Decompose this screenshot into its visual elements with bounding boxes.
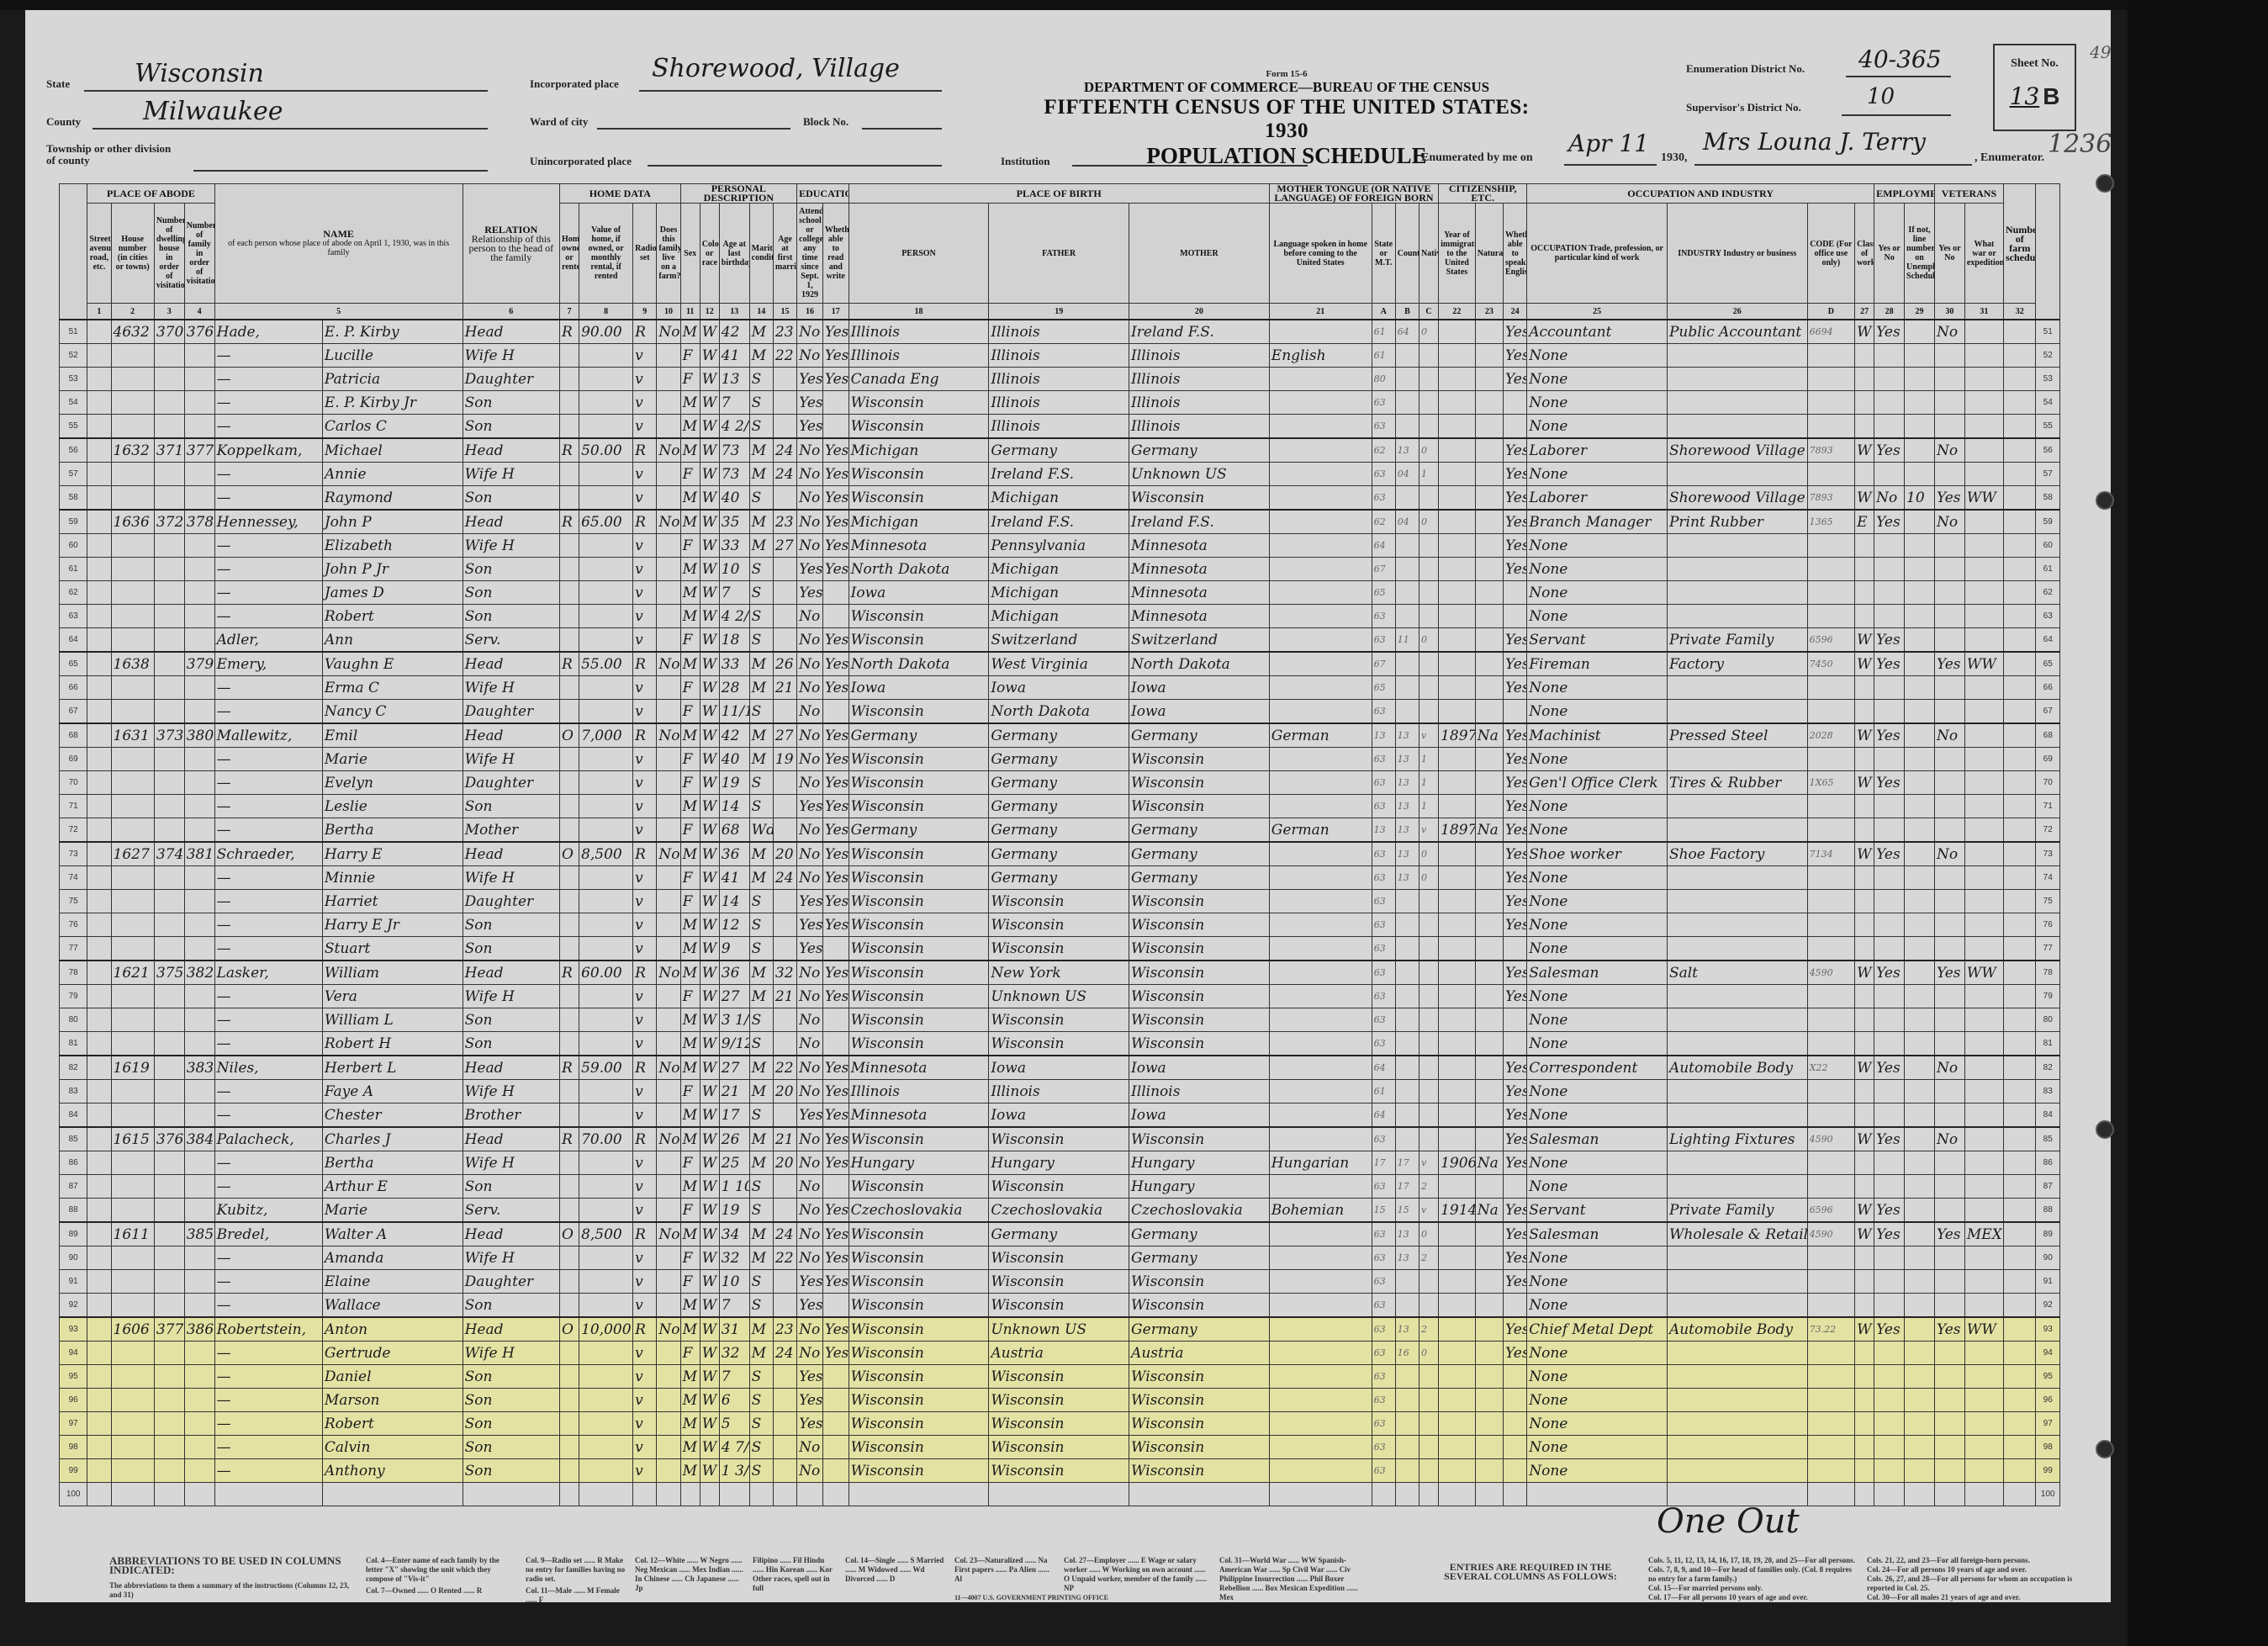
- cell-a: 63: [1372, 985, 1395, 1008]
- cell-race: W: [700, 795, 719, 818]
- cell-dwelling: [154, 1294, 184, 1318]
- cell-marital: M: [749, 842, 773, 866]
- cell-a: 65: [1372, 676, 1395, 700]
- cell-a: 63: [1372, 628, 1395, 653]
- cell-house: 1638: [111, 652, 154, 676]
- cell-tongue: [1269, 1270, 1372, 1294]
- cell-emp: [1874, 344, 1905, 368]
- column-header: PERSON: [849, 204, 989, 304]
- cell-father: Wisconsin: [989, 1389, 1129, 1412]
- cell-given: Daniel: [322, 1365, 463, 1389]
- cell-imm: 1906: [1439, 1151, 1476, 1175]
- col9-note: Col. 9—Radio set ...... R Make no entry …: [526, 1556, 626, 1584]
- cell-war: [1964, 438, 2003, 463]
- cell-imm: [1439, 486, 1476, 511]
- cell-dwelling: [154, 415, 184, 439]
- cell-street: [87, 818, 111, 843]
- cell-code: [1807, 1151, 1854, 1175]
- cell-farm: [657, 676, 680, 700]
- cell-house: [111, 748, 154, 771]
- cell-surname: —: [214, 1246, 322, 1270]
- cell-dwelling: [154, 605, 184, 628]
- cell-emp: [1874, 676, 1905, 700]
- cell-school: Yes: [797, 581, 823, 605]
- cell-eng: [1504, 415, 1527, 439]
- cell-cls: W: [1855, 628, 1874, 653]
- cell-marital: M: [749, 652, 773, 676]
- line-number-right: 97: [2036, 1412, 2060, 1436]
- cell-imm: [1439, 1127, 1476, 1151]
- cell-ind: Public Accountant: [1667, 320, 1807, 344]
- cell-sex: F: [680, 344, 700, 368]
- cell-occ: Fireman: [1527, 652, 1668, 676]
- cell-ind: [1667, 605, 1807, 628]
- cell-mother: Wisconsin: [1129, 937, 1270, 961]
- cell-war: [1964, 748, 2003, 771]
- table-row: 61—John P JrSonvMW10SYesYesNorth DakotaM…: [60, 558, 2060, 581]
- cell-occ: None: [1527, 890, 1668, 913]
- group-veterans: VETERANS: [1934, 184, 2003, 204]
- cell-tongue: [1269, 605, 1372, 628]
- cell-given: Lucille: [322, 344, 463, 368]
- cell-war: [1964, 1104, 2003, 1128]
- column-header: Country: [1395, 204, 1419, 304]
- entries-note: Col. 15—For married persons only.: [1648, 1584, 1858, 1593]
- line-number: 60: [60, 534, 87, 558]
- cell-vet: No: [1934, 1056, 1964, 1080]
- cell-emp: No: [1874, 486, 1905, 511]
- cell-c: 2: [1419, 1246, 1439, 1270]
- column-number: 31: [1964, 304, 2003, 320]
- cell-surname: —: [214, 1365, 322, 1389]
- cell-farm: [657, 700, 680, 724]
- cell-family: 379: [184, 652, 214, 676]
- cell-c: [1419, 368, 1439, 391]
- cell-ind: [1667, 415, 1807, 439]
- cell-sex: M: [680, 1056, 700, 1080]
- cell-farm: No: [657, 510, 680, 534]
- cell-tongue: [1269, 795, 1372, 818]
- line-number: 59: [60, 510, 87, 534]
- cell-farmsch: [2004, 320, 2036, 344]
- group-place-of-birth: PLACE OF BIRTH: [849, 184, 1269, 204]
- cell-marital: S: [749, 913, 773, 937]
- cell-given: James D: [322, 581, 463, 605]
- cell-value: [579, 1459, 633, 1483]
- cell-age: 41: [719, 866, 749, 890]
- cell-own: [559, 391, 579, 415]
- cell-code: [1807, 368, 1854, 391]
- cell-unemp: [1905, 534, 1935, 558]
- cell-street: [87, 510, 111, 534]
- cell-street: [87, 1008, 111, 1032]
- cell-street: [87, 866, 111, 890]
- cell-dwelling: [154, 1270, 184, 1294]
- line-number-right: 73: [2036, 842, 2060, 866]
- line-number: 96: [60, 1389, 87, 1412]
- block-label: Block No.: [803, 115, 849, 129]
- cell-father: Wisconsin: [989, 1127, 1129, 1151]
- cell-a: 63: [1372, 1246, 1395, 1270]
- col14-note: Col. 14—Single ...... S Married ...... M…: [845, 1556, 946, 1584]
- form-number: Form 15-6: [1034, 69, 1539, 79]
- cell-value: 7,000: [579, 723, 633, 748]
- cell-emp: [1874, 1008, 1905, 1032]
- cell-a: 63: [1372, 486, 1395, 511]
- county-value: Milwaukee: [143, 97, 283, 126]
- cell-c: [1419, 1294, 1439, 1318]
- cell-age: 33: [719, 652, 749, 676]
- cell-school: No: [797, 866, 823, 890]
- cell-emp: [1874, 1412, 1905, 1436]
- cell-farm: [657, 748, 680, 771]
- cell-house: 1615: [111, 1127, 154, 1151]
- cell-read: Yes: [822, 795, 849, 818]
- cell-given: Robert: [322, 1412, 463, 1436]
- cell-tongue: German: [1269, 818, 1372, 843]
- column-number: 9: [633, 304, 657, 320]
- cell-ind: Print Rubber: [1667, 510, 1807, 534]
- cell-given: Faye A: [322, 1080, 463, 1104]
- cell-age: 13: [719, 368, 749, 391]
- cell-b: [1395, 415, 1419, 439]
- col-farm-schedule: Number of farm schedule: [2004, 184, 2036, 304]
- cell-b: [1395, 1080, 1419, 1104]
- cell-birth: Wisconsin: [849, 795, 989, 818]
- enumerated-year: 1930,: [1661, 151, 1688, 165]
- cell-eng: Yes: [1504, 534, 1527, 558]
- cell-cls: [1855, 913, 1874, 937]
- cell-value: 70.00: [579, 1127, 633, 1151]
- cell-street: [87, 486, 111, 511]
- cell-birth: Wisconsin: [849, 1294, 989, 1318]
- cell-c: [1419, 581, 1439, 605]
- cell-b: [1395, 605, 1419, 628]
- cell-c: v: [1419, 1151, 1439, 1175]
- cell-cls: W: [1855, 1056, 1874, 1080]
- cell-dwelling: [154, 676, 184, 700]
- cell-a: 63: [1372, 866, 1395, 890]
- cell-occ: None: [1527, 1175, 1668, 1199]
- cell-dwelling: [154, 913, 184, 937]
- cell-farm: [657, 913, 680, 937]
- column-number: 24: [1504, 304, 1527, 320]
- cell-farm: [657, 795, 680, 818]
- cell-c: [1419, 700, 1439, 724]
- cell-eng: Yes: [1504, 818, 1527, 843]
- cell-sex: F: [680, 818, 700, 843]
- cell-birth: Wisconsin: [849, 628, 989, 653]
- cell-surname: —: [214, 1436, 322, 1459]
- table-row: 72—BerthaMothervFW68WdNoYesGermanyGerman…: [60, 818, 2060, 843]
- line-number-right: 58: [2036, 486, 2060, 511]
- cell-surname: —: [214, 913, 322, 937]
- cell-value: 60.00: [579, 961, 633, 985]
- line-number-right: 95: [2036, 1365, 2060, 1389]
- cell-age: 36: [719, 961, 749, 985]
- cell-age: 1 10/12: [719, 1175, 749, 1199]
- cell-mother: Iowa: [1129, 676, 1270, 700]
- cell-surname: —: [214, 486, 322, 511]
- column-header: Whether able to read and write: [822, 204, 849, 304]
- cell-sex: M: [680, 1389, 700, 1412]
- cell-given: Nancy C: [322, 700, 463, 724]
- cell-war: [1964, 700, 2003, 724]
- cell-cls: [1855, 748, 1874, 771]
- cell-imm: [1439, 628, 1476, 653]
- cell-a: 67: [1372, 652, 1395, 676]
- cell-age_marr: 20: [773, 842, 796, 866]
- cell-imm: [1439, 368, 1476, 391]
- cell-occ: None: [1527, 676, 1668, 700]
- cell-father: Illinois: [989, 344, 1129, 368]
- cell-unemp: [1905, 1056, 1935, 1080]
- cell-ind: Private Family: [1667, 628, 1807, 653]
- line-number: 85: [60, 1127, 87, 1151]
- cell-surname: —: [214, 581, 322, 605]
- column-header: Naturalization: [1475, 204, 1503, 304]
- cell-mother: Iowa: [1129, 1104, 1270, 1128]
- cell-farmsch: [2004, 1127, 2036, 1151]
- cell-farmsch: [2004, 415, 2036, 439]
- cell-c: 1: [1419, 771, 1439, 795]
- line-number: 80: [60, 1008, 87, 1032]
- cell-tongue: [1269, 534, 1372, 558]
- cell-war: [1964, 985, 2003, 1008]
- cell-a: 63: [1372, 913, 1395, 937]
- cell-marital: M: [749, 723, 773, 748]
- cell-imm: [1439, 1412, 1476, 1436]
- cell-street: [87, 320, 111, 344]
- cell-given: William: [322, 961, 463, 985]
- cell-value: 65.00: [579, 510, 633, 534]
- cell-school: No: [797, 463, 823, 486]
- cell-read: [822, 415, 849, 439]
- cell-b: [1395, 558, 1419, 581]
- abbrev-title: ABBREVIATIONS TO BE USED IN COLUMNS INDI…: [109, 1556, 362, 1575]
- cell-a: 15: [1372, 1199, 1395, 1223]
- cell-surname: Lasker,: [214, 961, 322, 985]
- cell-nat: [1475, 1389, 1503, 1412]
- cell-unemp: [1905, 1151, 1935, 1175]
- cell-imm: [1439, 1246, 1476, 1270]
- cell-vet: [1934, 1246, 1964, 1270]
- cell-code: 4590: [1807, 1222, 1854, 1246]
- cell-farmsch: [2004, 1032, 2036, 1056]
- cell-given: Arthur E: [322, 1175, 463, 1199]
- cell-family: [184, 581, 214, 605]
- cell-sex: F: [680, 1151, 700, 1175]
- cell-value: 59.00: [579, 1056, 633, 1080]
- cell-surname: —: [214, 1175, 322, 1199]
- cell-given: Marie: [322, 1199, 463, 1223]
- supervisor-value: 10: [1867, 84, 1895, 109]
- cell-mother: Germany: [1129, 1246, 1270, 1270]
- cell-farmsch: [2004, 985, 2036, 1008]
- cell-occ: None: [1527, 1342, 1668, 1365]
- cell-war: [1964, 676, 2003, 700]
- cell-marital: M: [749, 463, 773, 486]
- cell-relation: Wife H: [463, 748, 559, 771]
- cell-tongue: [1269, 652, 1372, 676]
- table-row: 514632370376Hade,E. P. KirbyHeadR90.00RN…: [60, 320, 2060, 344]
- cell-family: [184, 985, 214, 1008]
- cell-mother: Illinois: [1129, 1080, 1270, 1104]
- cell-dwelling: [154, 1008, 184, 1032]
- cell-value: 50.00: [579, 438, 633, 463]
- cell-emp: Yes: [1874, 510, 1905, 534]
- cell-father: Germany: [989, 795, 1129, 818]
- cell-war: [1964, 723, 2003, 748]
- cell-school: No: [797, 1317, 823, 1342]
- cell-read: Yes: [822, 320, 849, 344]
- cell-imm: [1439, 1342, 1476, 1365]
- cell-relation: Head: [463, 1056, 559, 1080]
- cell-nat: [1475, 748, 1503, 771]
- cell-family: [184, 866, 214, 890]
- cell-own: [559, 1389, 579, 1412]
- cell-given: Harry E Jr: [322, 913, 463, 937]
- cell-marital: M: [749, 676, 773, 700]
- cell-unemp: [1905, 368, 1935, 391]
- cell-school: No: [797, 700, 823, 724]
- cell-radio: v: [633, 985, 657, 1008]
- cell-eng: Yes: [1504, 486, 1527, 511]
- cell-war: [1964, 818, 2003, 843]
- line-number: 94: [60, 1342, 87, 1365]
- cell-emp: [1874, 1151, 1905, 1175]
- cell-age: 7: [719, 391, 749, 415]
- cell-tongue: [1269, 1246, 1372, 1270]
- column-number: 32: [2004, 304, 2036, 320]
- cell-family: [184, 558, 214, 581]
- line-number-right: 78: [2036, 961, 2060, 985]
- cell-code: [1807, 890, 1854, 913]
- cell-age: 26: [719, 1127, 749, 1151]
- cell-value: [579, 795, 633, 818]
- cell-farm: [657, 1365, 680, 1389]
- cell-mother: Germany: [1129, 842, 1270, 866]
- cell-father: Illinois: [989, 391, 1129, 415]
- cell-war: [1964, 581, 2003, 605]
- line-number-right: 96: [2036, 1389, 2060, 1412]
- cell-father: Wisconsin: [989, 1294, 1129, 1318]
- cell-value: [579, 534, 633, 558]
- cell-b: [1395, 1365, 1419, 1389]
- column-number: 12: [700, 304, 719, 320]
- cell-farm: [657, 534, 680, 558]
- cell-marital: M: [749, 961, 773, 985]
- column-header: Age at last birthday: [719, 204, 749, 304]
- cell-mother: Wisconsin: [1129, 1459, 1270, 1483]
- cell-dwelling: 371: [154, 438, 184, 463]
- cell-race: W: [700, 391, 719, 415]
- cell-read: Yes: [822, 1342, 849, 1365]
- cell-read: Yes: [822, 1317, 849, 1342]
- cell-b: [1395, 1294, 1419, 1318]
- cell-own: [559, 486, 579, 511]
- cell-relation: [463, 1483, 559, 1506]
- cell-war: [1964, 1412, 2003, 1436]
- cell-eng: Yes: [1504, 320, 1527, 344]
- cell-family: [184, 1080, 214, 1104]
- cell-value: [579, 628, 633, 653]
- cell-birth: [849, 1483, 989, 1506]
- cell-surname: —: [214, 890, 322, 913]
- cell-surname: —: [214, 1294, 322, 1318]
- cell-age_marr: [773, 391, 796, 415]
- cell-read: [822, 1436, 849, 1459]
- cell-c: v: [1419, 1199, 1439, 1223]
- cell-marital: S: [749, 1412, 773, 1436]
- cell-vet: [1934, 1294, 1964, 1318]
- cell-tongue: English: [1269, 344, 1372, 368]
- cell-war: [1964, 1008, 2003, 1032]
- cell-own: [559, 1008, 579, 1032]
- cell-age_marr: 24: [773, 438, 796, 463]
- line-number: 97: [60, 1412, 87, 1436]
- cell-read: Yes: [822, 890, 849, 913]
- cell-tongue: [1269, 937, 1372, 961]
- printer-mark: 11—4007 U.S. GOVERNMENT PRINTING OFFICE: [954, 1593, 1123, 1602]
- cell-farmsch: [2004, 510, 2036, 534]
- cell-unemp: [1905, 1342, 1935, 1365]
- line-number-right: 51: [2036, 320, 2060, 344]
- cell-occ: None: [1527, 795, 1668, 818]
- cell-imm: [1439, 1436, 1476, 1459]
- cell-race: W: [700, 1008, 719, 1032]
- cell-race: W: [700, 558, 719, 581]
- cell-father: Wisconsin: [989, 913, 1129, 937]
- cell-imm: [1439, 771, 1476, 795]
- cell-eng: Yes: [1504, 1317, 1527, 1342]
- cell-imm: [1439, 391, 1476, 415]
- cell-street: [87, 581, 111, 605]
- cell-birth: Michigan: [849, 438, 989, 463]
- cell-marital: S: [749, 700, 773, 724]
- cell-age_marr: [773, 415, 796, 439]
- cell-radio: v: [633, 1246, 657, 1270]
- cell-street: [87, 913, 111, 937]
- film-edge-letter: K: [2166, 0, 2176, 14]
- cell-given: Elizabeth: [322, 534, 463, 558]
- cell-birth: North Dakota: [849, 558, 989, 581]
- cell-radio: v: [633, 1270, 657, 1294]
- cell-age: 34: [719, 1222, 749, 1246]
- cell-value: [579, 1412, 633, 1436]
- cell-vet: [1934, 748, 1964, 771]
- cell-code: [1807, 1294, 1854, 1318]
- cell-read: [822, 1294, 849, 1318]
- cell-eng: [1504, 1294, 1527, 1318]
- cell-b: 04: [1395, 510, 1419, 534]
- cell-c: [1419, 1127, 1439, 1151]
- cell-read: Yes: [822, 368, 849, 391]
- cell-ind: [1667, 344, 1807, 368]
- cell-tongue: Bohemian: [1269, 1199, 1372, 1223]
- cell-farm: [657, 1104, 680, 1128]
- cell-ind: [1667, 1270, 1807, 1294]
- cell-relation: Brother: [463, 1104, 559, 1128]
- cell-age: 73: [719, 438, 749, 463]
- cell-war: [1964, 890, 2003, 913]
- cell-farm: [657, 1412, 680, 1436]
- cell-house: [111, 890, 154, 913]
- cell-unemp: [1905, 771, 1935, 795]
- cell-read: Yes: [822, 818, 849, 843]
- cell-family: [184, 1175, 214, 1199]
- cell-dwelling: [154, 1056, 184, 1080]
